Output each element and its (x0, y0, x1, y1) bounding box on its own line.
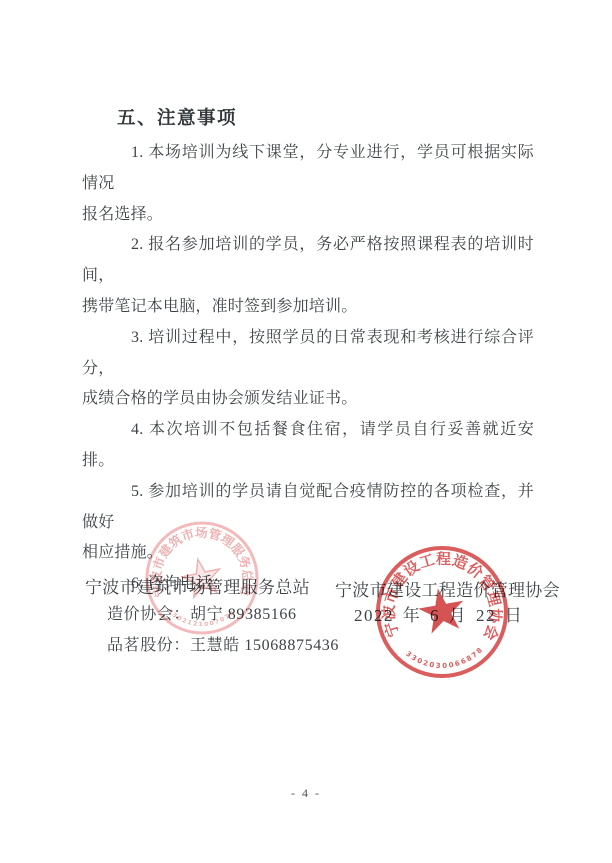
paragraph-4: 4. 本次培训不包括餐食住宿，请学员自行妥善就近安排。 (82, 415, 534, 477)
star-icon (179, 555, 224, 598)
right-official-seal: 宁波市建设工程造价管理协会 3302030066878 (372, 542, 512, 687)
document-page: 五、注意事项 1. 本场培训为线下课堂，分专业进行，学员可根据实际情况 报名选择… (0, 0, 612, 863)
paragraph-3: 3. 培训过程中，按照学员的日常表现和考核进行综合评分， 成绩合格的学员由协会颁… (82, 323, 534, 415)
paragraph-2: 2. 报名参加培训的学员，务必严格按照课程表的培训时间， 携带笔记本电脑，准时签… (82, 230, 534, 322)
page-number: - 4 - (0, 786, 612, 801)
seal-serial-number: 3302121007070 (166, 608, 237, 628)
left-official-seal: 宁波市建筑市场管理服务总站 3302121007070 (142, 518, 262, 643)
star-icon (415, 584, 467, 635)
paragraph-1: 1. 本场培训为线下课堂，分专业进行，学员可根据实际情况 报名选择。 (82, 138, 534, 230)
section-heading: 五、注意事项 (117, 106, 534, 132)
